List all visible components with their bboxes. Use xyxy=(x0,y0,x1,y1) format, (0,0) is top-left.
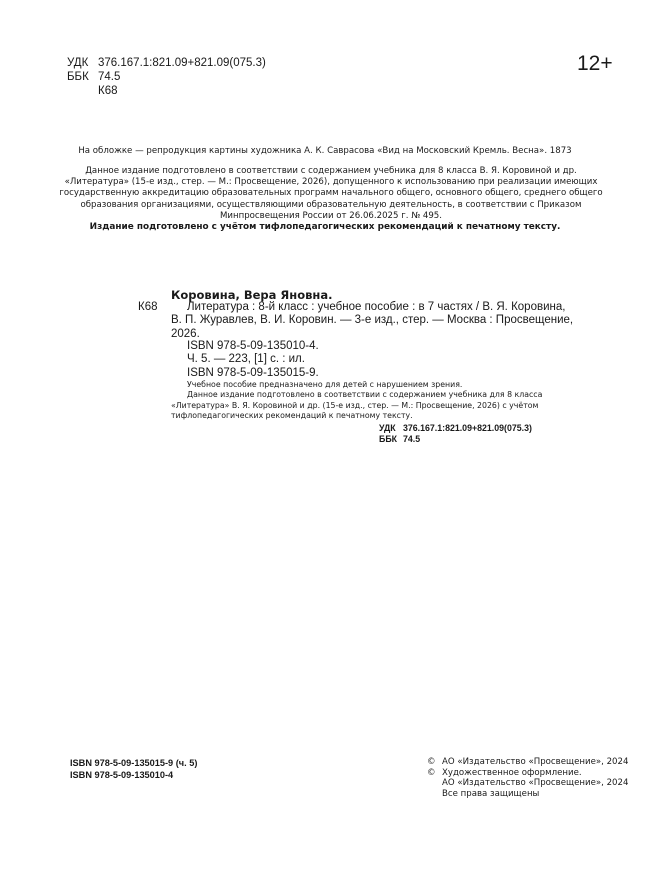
bbk-label: ББК xyxy=(67,70,98,84)
copyright-line: Художественное оформление. xyxy=(442,768,582,779)
edition-note: Данное издание подготовлено в соответств… xyxy=(56,166,606,222)
age-rating: 12+ xyxy=(577,52,613,76)
udk-label: УДК xyxy=(379,423,403,434)
rights-reserved: Все права защищены xyxy=(442,789,539,800)
catalog-pages-line: Ч. 5. — 223, [1] с. : ил. xyxy=(187,353,319,366)
copyright-icon: © xyxy=(427,768,442,779)
catalog-isbn-line: ISBN 978-5-09-135015-9. xyxy=(187,367,319,380)
udk-value: 376.167.1:821.09+821.09(075.3) xyxy=(403,423,532,434)
copyright-icon: © xyxy=(427,757,442,768)
annotation-2: Данное издание подготовлено в соответств… xyxy=(171,390,591,421)
footer-isbn-part: ISBN 978-5-09-135015-9 (ч. 5) xyxy=(70,758,197,770)
udk-label: УДК xyxy=(67,56,98,70)
udk-bbk-header: УДК376.167.1:821.09+821.09(075.3) ББК74.… xyxy=(67,56,266,98)
author-mark: К68 xyxy=(98,84,118,98)
tiflo-note: Издание подготовлено с учётом тифлопедаг… xyxy=(0,222,650,232)
udk-value: 376.167.1:821.09+821.09(075.3) xyxy=(98,56,266,70)
catalog-description: Литература : 8-й класс : учебное пособие… xyxy=(171,301,591,341)
description-line1: Литература : 8-й класс : учебное пособие… xyxy=(171,301,591,314)
footer-isbn: ISBN 978-5-09-135015-9 (ч. 5) ISBN 978-5… xyxy=(70,758,197,781)
catalog-author-mark: К68 xyxy=(138,301,158,313)
bbk-value: 74.5 xyxy=(403,434,420,445)
catalog-udk-bbk: УДК376.167.1:821.09+821.09(075.3) ББК74.… xyxy=(379,423,532,444)
bbk-value: 74.5 xyxy=(98,70,120,84)
copyright-line: АО «Издательство «Просвещение», 2024 xyxy=(442,778,628,789)
catalog-isbn-block: ISBN 978-5-09-135010-4. Ч. 5. — 223, [1]… xyxy=(187,340,319,380)
copyright-line: АО «Издательство «Просвещение», 2024 xyxy=(442,757,628,768)
footer-isbn-set: ISBN 978-5-09-135010-4 xyxy=(70,770,197,782)
cover-note: На обложке — репродукция картины художни… xyxy=(0,146,650,157)
catalog-author: Коровина, Вера Яновна. xyxy=(171,288,332,302)
catalog-isbn-line: ISBN 978-5-09-135010-4. xyxy=(187,340,319,353)
catalog-annotation: Учебное пособие предназначено для детей … xyxy=(171,380,591,421)
bbk-label: ББК xyxy=(379,434,403,445)
annotation-1: Учебное пособие предназначено для детей … xyxy=(171,380,591,390)
copyright-block: ©АО «Издательство «Просвещение», 2024 ©Х… xyxy=(427,757,628,799)
description-rest: В. П. Журавлев, В. И. Коровин. — 3-е изд… xyxy=(171,314,591,341)
